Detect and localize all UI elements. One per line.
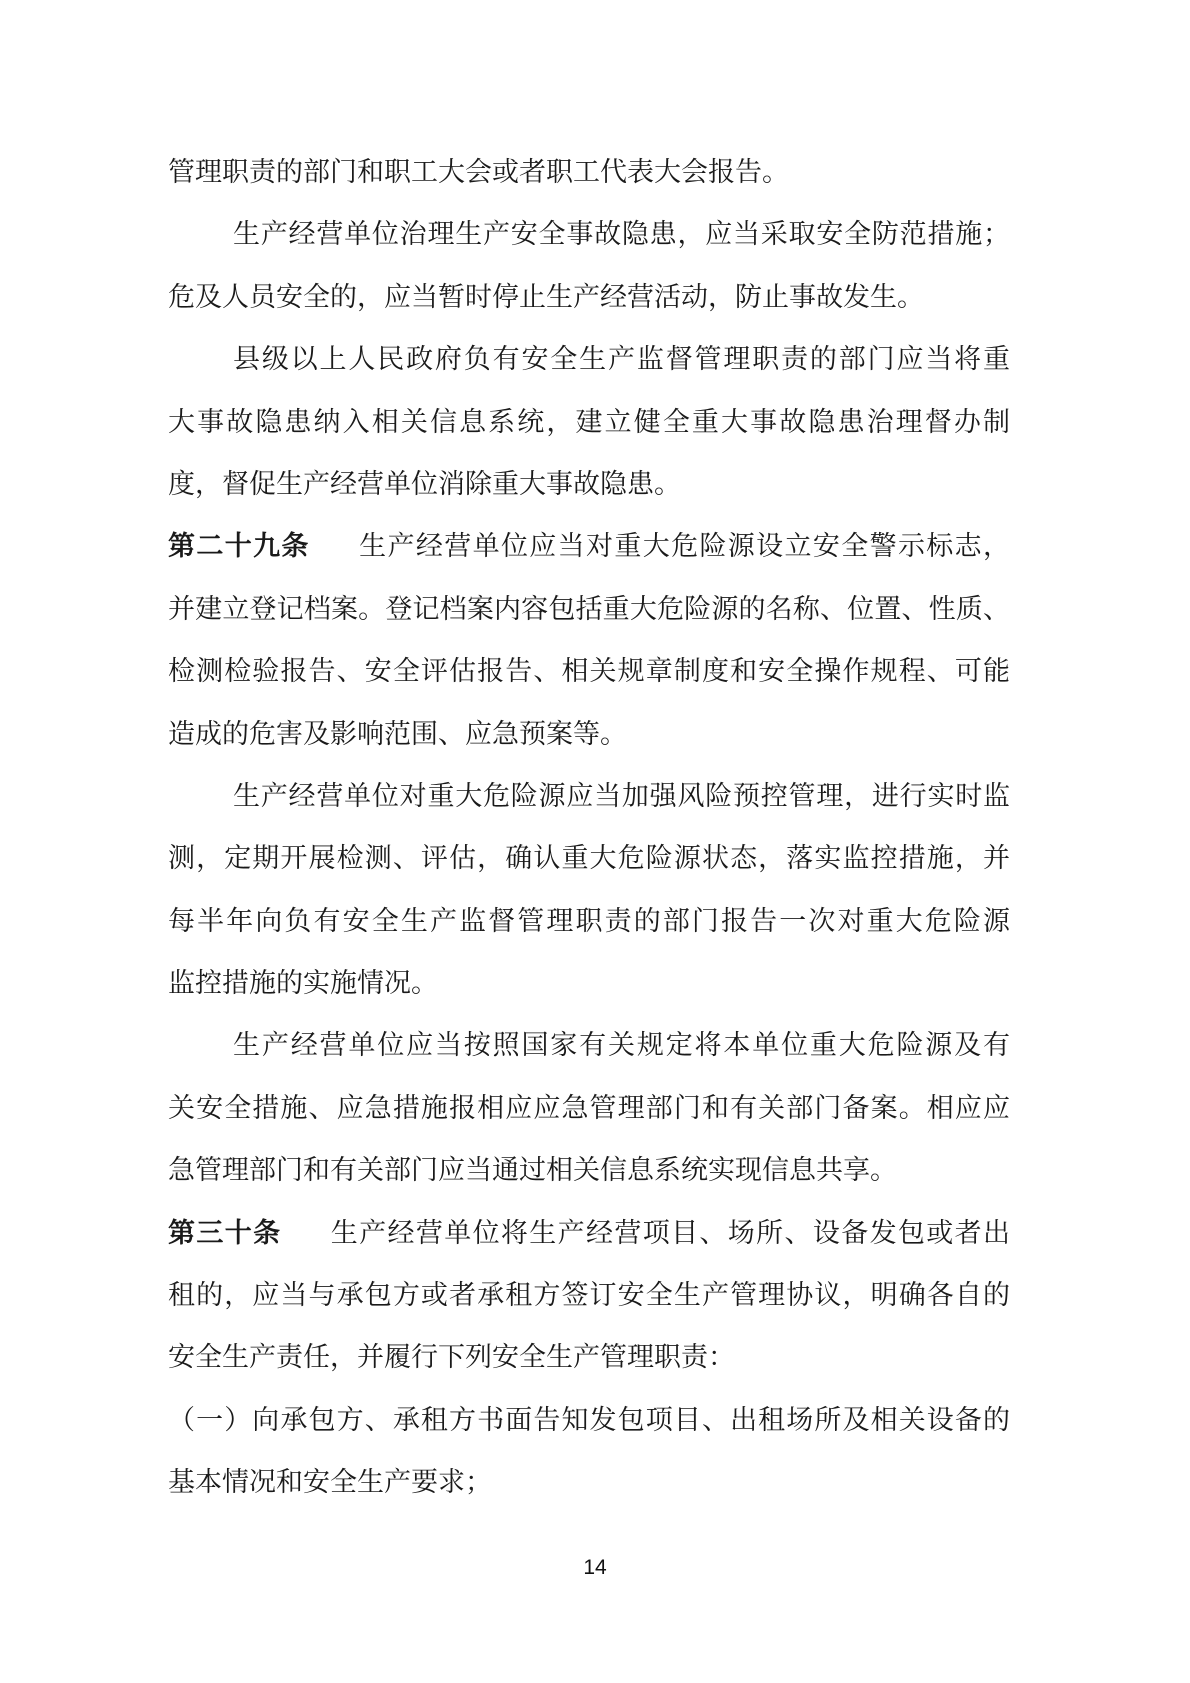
text-line: 度，督促生产经营单位消除重大事故隐患。 — [168, 453, 1010, 515]
text-line: 危及人员安全的，应当暂时停止生产经营活动，防止事故发生。 — [168, 266, 1010, 328]
text-line: 县级以上人民政府负有安全生产监督管理职责的部门应当将重 — [168, 328, 1010, 390]
text-line: 租的，应当与承包方或者承租方签订安全生产管理协议，明确各自的 — [168, 1264, 1010, 1326]
page-number: 14 — [0, 1556, 1190, 1580]
text-line: 生产经营单位应当按照国家有关规定将本单位重大危险源及有 — [168, 1014, 1010, 1076]
text-line: 监控措施的实施情况。 — [168, 952, 1010, 1014]
text-line: 管理职责的部门和职工大会或者职工代表大会报告。 — [168, 141, 1010, 203]
document-page: 管理职责的部门和职工大会或者职工代表大会报告。生产经营单位治理生产安全事故隐患，… — [0, 0, 1190, 1683]
article-number: 第二十九条 — [168, 531, 310, 561]
article-line: 第二十九条生产经营单位应当对重大危险源设立安全警示标志， — [168, 515, 1010, 577]
article-text: 生产经营单位将生产经营项目、场所、设备发包或者出 — [329, 1218, 1010, 1248]
text-line: 大事故隐患纳入相关信息系统，建立健全重大事故隐患治理督办制 — [168, 391, 1010, 453]
article-gap — [310, 554, 358, 555]
text-line: 测，定期开展检测、评估，确认重大危险源状态，落实监控措施，并 — [168, 827, 1010, 889]
text-line: （一）向承包方、承租方书面告知发包项目、出租场所及相关设备的 — [168, 1389, 1010, 1451]
text-line: 生产经营单位对重大危险源应当加强风险预控管理，进行实时监 — [168, 765, 1010, 827]
text-line: 造成的危害及影响范围、应急预案等。 — [168, 703, 1010, 765]
text-line: 急管理部门和有关部门应当通过相关信息系统实现信息共享。 — [168, 1139, 1010, 1201]
article-gap — [281, 1241, 329, 1242]
text-line: 并建立登记档案。登记档案内容包括重大危险源的名称、位置、性质、 — [168, 578, 1010, 640]
article-text: 生产经营单位应当对重大危险源设立安全警示标志， — [358, 531, 1010, 561]
text-block: 管理职责的部门和职工大会或者职工代表大会报告。生产经营单位治理生产安全事故隐患，… — [168, 141, 1010, 1514]
article-line: 第三十条生产经营单位将生产经营项目、场所、设备发包或者出 — [168, 1202, 1010, 1264]
text-line: 生产经营单位治理生产安全事故隐患，应当采取安全防范措施； — [168, 203, 1010, 265]
text-line: 安全生产责任，并履行下列安全生产管理职责： — [168, 1326, 1010, 1388]
article-number: 第三十条 — [168, 1218, 281, 1248]
text-line: 检测检验报告、安全评估报告、相关规章制度和安全操作规程、可能 — [168, 640, 1010, 702]
text-line: 每半年向负有安全生产监督管理职责的部门报告一次对重大危险源 — [168, 890, 1010, 952]
text-line: 关安全措施、应急措施报相应应急管理部门和有关部门备案。相应应 — [168, 1077, 1010, 1139]
text-line: 基本情况和安全生产要求； — [168, 1451, 1010, 1513]
